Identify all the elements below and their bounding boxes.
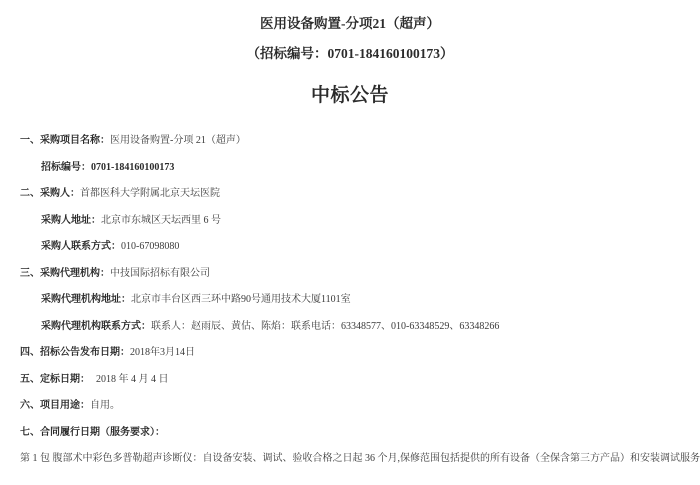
field-agency-value: 中技国际招标有限公司 [110, 268, 210, 279]
field-tender-number-value: 0701-184160100173 [91, 162, 174, 173]
field-project-use-value: 自用。 [90, 400, 120, 411]
tender-number-line: （招标编号：0701-184160100173） [20, 46, 680, 61]
field-tender-number: 招标编号：0701-184160100173 [41, 162, 680, 173]
field-purchaser-address: 采购人地址：北京市东城区天坛西里 6 号 [41, 215, 680, 226]
field-tender-number-label: 招标编号： [41, 162, 91, 173]
field-purchaser-contact: 采购人联系方式：010-67098080 [41, 241, 680, 252]
field-agency-contact: 采购代理机构联系方式：联系人：赵雨辰、黄估、陈焰：联系电话：63348577、0… [41, 321, 680, 332]
field-agency-contact-label: 采购代理机构联系方式： [41, 321, 151, 332]
field-announce-date-label: 四、招标公告发布日期： [20, 347, 130, 358]
field-project-name: 一、采购项目名称：医用设备购置-分项 21（超声） [20, 135, 680, 146]
field-purchaser-address-label: 采购人地址： [41, 215, 101, 226]
field-project-name-label: 一、采购项目名称： [20, 135, 110, 146]
field-project-name-value: 医用设备购置-分项 21（超声） [110, 135, 246, 146]
field-purchaser-label: 二、采购人： [20, 188, 80, 199]
field-agency-address-value: 北京市丰台区西三环中路90号通用技术大厦1101室 [131, 294, 351, 305]
package-info-paragraph: 第 1 包 腹部术中彩色多普勒超声诊断仪：自设备安装、调试、验收合格之日起 36… [20, 453, 680, 464]
field-award-date: 五、定标日期：2018 年 4 月 4 日 [20, 374, 680, 385]
field-project-use-label: 六、项目用途： [20, 400, 90, 411]
field-agency-address-label: 采购代理机构地址： [41, 294, 131, 305]
field-award-date-label: 五、定标日期： [20, 374, 90, 385]
field-award-date-value: 2018 年 4 月 4 日 [96, 374, 169, 385]
field-announce-date: 四、招标公告发布日期：2018年3月14日 [20, 347, 680, 358]
project-title: 医用设备购置-分项21（超声） [20, 16, 680, 31]
field-agency-label: 三、采购代理机构： [20, 268, 110, 279]
field-project-use: 六、项目用途：自用。 [20, 400, 680, 411]
field-announce-date-value: 2018年3月14日 [130, 347, 195, 358]
field-purchaser-value: 首都医科大学附属北京天坛医院 [80, 188, 220, 199]
document-page: 医用设备购置-分项21（超声） （招标编号：0701-184160100173）… [0, 0, 700, 485]
field-agency: 三、采购代理机构：中技国际招标有限公司 [20, 268, 680, 279]
field-agency-address: 采购代理机构地址：北京市丰台区西三环中路90号通用技术大厦1101室 [41, 294, 680, 305]
document-header: 医用设备购置-分项21（超声） （招标编号：0701-184160100173）… [20, 16, 680, 106]
field-purchaser: 二、采购人：首都医科大学附属北京天坛医院 [20, 188, 680, 199]
field-contract-period-label: 七、合同履行日期（服务要求）： [20, 427, 165, 438]
field-purchaser-address-value: 北京市东城区天坛西里 6 号 [101, 215, 221, 226]
field-agency-contact-value: 联系人：赵雨辰、黄估、陈焰：联系电话：63348577、010-63348529… [151, 321, 499, 332]
page-title: 中标公告 [20, 85, 680, 106]
field-purchaser-contact-value: 010-67098080 [121, 241, 179, 252]
field-contract-period: 七、合同履行日期（服务要求）： [20, 427, 680, 438]
field-purchaser-contact-label: 采购人联系方式： [41, 241, 121, 252]
document-body: 一、采购项目名称：医用设备购置-分项 21（超声） 招标编号：0701-1841… [20, 135, 680, 464]
